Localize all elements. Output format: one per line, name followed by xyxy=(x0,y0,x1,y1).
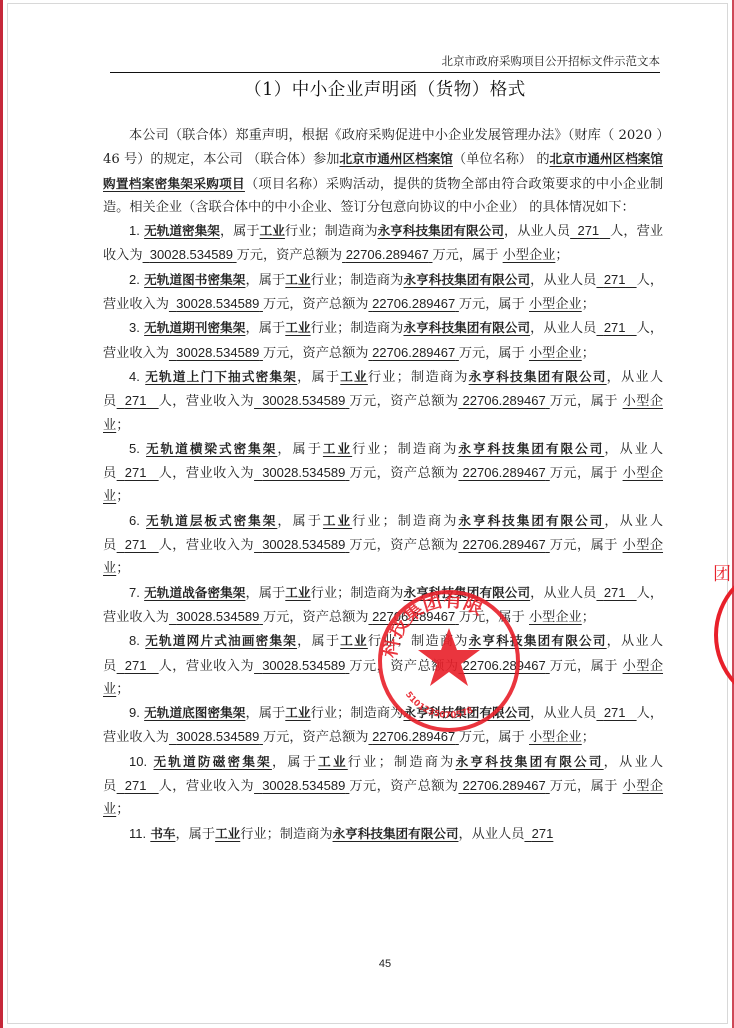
employees-value: 271 xyxy=(125,778,147,793)
label-text: 万元，属于 xyxy=(550,659,618,674)
label-text: 万元，属于 xyxy=(432,248,498,263)
declaration-body: 本公司（联合体）郑重声明，根据《政府采购促进中小企业发展管理办法》（财库（ 20… xyxy=(103,124,663,846)
revenue-value: 30028.534589 xyxy=(262,465,345,480)
goods-name: 无轨道战备密集架 xyxy=(144,585,245,600)
goods-name: 书车 xyxy=(150,826,175,841)
label-text: ，属于 xyxy=(272,755,318,770)
header-rule xyxy=(110,72,660,73)
total-assets: 22706.289467 xyxy=(368,345,458,360)
running-header: 北京市政府采购项目公开招标文件示范文本 xyxy=(110,53,660,69)
total-assets: 22706.289467 xyxy=(342,247,432,262)
revenue-value: 30028.534589 xyxy=(262,778,345,793)
label-text: ； xyxy=(116,561,129,576)
label-text: 万元，资产总额为 xyxy=(263,730,369,745)
manufacturer: 永亨科技集团有限公司 xyxy=(333,826,459,841)
label-text: 万元，资产总额为 xyxy=(349,659,458,674)
label-text: ，从业人员 xyxy=(530,586,596,601)
label-text: ，属于 xyxy=(220,224,260,239)
revenue-value: 30028.534589 xyxy=(262,393,345,408)
assets-value: 22706.289467 xyxy=(372,609,455,624)
goods-name: 无轨道上门下抽式密集架 xyxy=(145,369,297,384)
revenue: 30028.534589 xyxy=(254,537,349,552)
employees-value: 271 xyxy=(577,223,599,238)
revenue: 30028.534589 xyxy=(169,345,263,360)
list-item: 11. 书车，属于工业行业；制造商为永亨科技集团有限公司，从业人员 271 xyxy=(103,822,663,846)
manufacturer: 永亨科技集团有限公司 xyxy=(403,585,530,600)
industry: 工业 xyxy=(285,705,310,720)
label-text: 人，营业收入为 xyxy=(159,394,254,409)
industry: 工业 xyxy=(318,754,348,769)
revenue-value: 30028.534589 xyxy=(262,537,345,552)
assets-value: 22706.289467 xyxy=(463,393,546,408)
label-text: 万元，属于 xyxy=(550,779,618,794)
employees: 271 xyxy=(524,826,553,841)
label-text: 万元，属于 xyxy=(459,730,525,745)
manufacturer: 永亨科技集团有限公司 xyxy=(456,754,604,769)
label-text: 万元，资产总额为 xyxy=(349,394,458,409)
employees-value: 271 xyxy=(604,585,626,600)
revenue-value: 30028.534589 xyxy=(176,345,259,360)
label-text: 行业；制造商为 xyxy=(368,370,469,385)
revenue: 30028.534589 xyxy=(254,778,349,793)
revenue: 30028.534589 xyxy=(254,465,349,480)
revenue-value: 30028.534589 xyxy=(262,658,345,673)
label-text: 行业；制造商为 xyxy=(352,514,458,529)
label-text: 行业；制造商为 xyxy=(311,586,404,601)
item-index: 7. xyxy=(129,585,140,600)
label-text: ，从业人员 xyxy=(530,321,596,336)
label-text: 万元，资产总额为 xyxy=(263,297,369,312)
label-text: ，从业人员 xyxy=(530,273,596,288)
manufacturer: 永亨科技集团有限公司 xyxy=(458,513,604,528)
page-title: （1）中小企业声明函（货物）格式 xyxy=(110,76,660,101)
enterprise-size: 小型企业 xyxy=(529,346,582,361)
unit-name: 北京市通州区档案馆 xyxy=(339,151,452,166)
label-text: 人，营业收入为 xyxy=(159,779,254,794)
label-text: ； xyxy=(555,248,568,263)
total-assets: 22706.289467 xyxy=(368,296,458,311)
total-assets: 22706.289467 xyxy=(458,778,549,793)
list-item: 2. 无轨道图书密集架，属于工业行业；制造商为永亨科技集团有限公司，从业人员 2… xyxy=(103,268,663,317)
goods-name: 无轨道图书密集架 xyxy=(144,272,245,287)
assets-value: 22706.289467 xyxy=(372,345,455,360)
label-text: ，从业人员 xyxy=(530,706,596,721)
employees: 271 xyxy=(596,705,636,720)
assets-value: 22706.289467 xyxy=(372,296,455,311)
window-left-edge xyxy=(0,0,3,1028)
item-index: 10. xyxy=(129,754,147,769)
label-text: 万元，属于 xyxy=(550,466,618,481)
revenue: 30028.534589 xyxy=(169,609,263,624)
employees: 271 xyxy=(117,465,159,480)
total-assets: 22706.289467 xyxy=(368,729,458,744)
label-text: 行业；制造商为 xyxy=(348,755,456,770)
employees-value: 271 xyxy=(125,465,147,480)
label-text: 万元，属于 xyxy=(459,610,525,625)
industry: 工业 xyxy=(340,369,368,384)
industry: 工业 xyxy=(215,826,240,841)
enterprise-size: 小型企业 xyxy=(503,248,556,263)
label-text: ，属于 xyxy=(245,706,285,721)
manufacturer: 永亨科技集团有限公司 xyxy=(458,441,604,456)
revenue-value: 30028.534589 xyxy=(176,609,259,624)
employees: 271 xyxy=(117,393,159,408)
label-text: ； xyxy=(116,418,129,433)
item-index: 1. xyxy=(129,223,140,238)
intro-text: （单位名称） 的 xyxy=(453,152,550,167)
label-text: 万元，属于 xyxy=(550,538,618,553)
label-text: 万元，资产总额为 xyxy=(349,466,458,481)
total-assets: 22706.289467 xyxy=(368,609,458,624)
list-item: 3. 无轨道期刊密集架，属于工业行业；制造商为永亨科技集团有限公司，从业人员 2… xyxy=(103,316,663,365)
goods-name: 无轨道期刊密集架 xyxy=(144,320,245,335)
goods-name: 无轨道网片式油画密集架 xyxy=(145,633,297,648)
revenue: 30028.534589 xyxy=(254,658,349,673)
industry: 工业 xyxy=(285,320,310,335)
intro-paragraph: 本公司（联合体）郑重声明，根据《政府采购促进中小企业发展管理办法》（财库（ 20… xyxy=(103,124,663,219)
page-number: 45 xyxy=(370,958,400,970)
goods-name: 无轨道横梁式密集架 xyxy=(146,441,277,456)
label-text: ，属于 xyxy=(245,586,285,601)
item-index: 8. xyxy=(129,633,140,648)
label-text: 行业；制造商为 xyxy=(240,827,332,842)
employees-value: 271 xyxy=(125,658,147,673)
item-index: 2. xyxy=(129,272,140,287)
goods-name: 无轨道底图密集架 xyxy=(144,705,245,720)
total-assets: 22706.289467 xyxy=(458,537,549,552)
list-item: 4. 无轨道上门下抽式密集架，属于工业行业；制造商为永亨科技集团有限公司，从业人… xyxy=(103,365,663,437)
industry: 工业 xyxy=(285,585,310,600)
item-index: 4. xyxy=(129,369,140,384)
manufacturer: 永亨科技集团有限公司 xyxy=(378,223,504,238)
employees-value: 271 xyxy=(125,393,147,408)
item-index: 6. xyxy=(129,513,140,528)
label-text: ，属于 xyxy=(277,442,323,457)
manufacturer: 永亨科技集团有限公司 xyxy=(403,705,530,720)
label-text: ，属于 xyxy=(176,827,216,842)
label-text: ； xyxy=(116,489,129,504)
employees-value: 271 xyxy=(125,537,147,552)
revenue: 30028.534589 xyxy=(169,296,263,311)
assets-value: 22706.289467 xyxy=(463,658,546,673)
enterprise-list: 1. 无轨道密集架，属于工业行业；制造商为永亨科技集团有限公司，从业人员 271… xyxy=(103,219,663,821)
label-text: 人，营业收入为 xyxy=(159,538,254,553)
label-text: ； xyxy=(582,346,595,361)
enterprise-size: 小型企业 xyxy=(529,297,582,312)
label-text: ； xyxy=(582,610,595,625)
total-assets: 22706.289467 xyxy=(458,465,549,480)
label-text: 行业；制造商为 xyxy=(285,224,378,239)
goods-name: 无轨道层板式密集架 xyxy=(146,513,277,528)
industry: 工业 xyxy=(260,223,285,238)
revenue-value: 30028.534589 xyxy=(176,296,259,311)
total-assets: 22706.289467 xyxy=(458,658,549,673)
assets-value: 22706.289467 xyxy=(346,247,429,262)
manufacturer: 永亨科技集团有限公司 xyxy=(403,320,530,335)
label-text: 万元，属于 xyxy=(550,394,618,409)
manufacturer: 永亨科技集团有限公司 xyxy=(469,369,607,384)
enterprise-size: 小型企业 xyxy=(529,610,582,625)
industry: 工业 xyxy=(285,272,310,287)
item-index: 5. xyxy=(129,441,140,456)
revenue-value: 30028.534589 xyxy=(150,247,233,262)
item-index: 9. xyxy=(129,705,140,720)
industry: 工业 xyxy=(340,633,368,648)
employees: 271 xyxy=(596,320,636,335)
employees: 271 xyxy=(596,272,636,287)
assets-value: 22706.289467 xyxy=(463,778,546,793)
label-text: 人，营业收入为 xyxy=(159,466,254,481)
label-text: 行业；制造商为 xyxy=(311,706,404,721)
assets-value: 22706.289467 xyxy=(463,465,546,480)
employees-value: 271 xyxy=(532,826,554,841)
list-item: 8. 无轨道网片式油画密集架，属于工业行业；制造商为永亨科技集团有限公司，从业人… xyxy=(103,629,663,701)
total-assets: 22706.289467 xyxy=(458,393,549,408)
manufacturer: 永亨科技集团有限公司 xyxy=(469,633,607,648)
revenue: 30028.534589 xyxy=(143,247,237,262)
label-text: 万元，资产总额为 xyxy=(349,779,458,794)
label-text: ，属于 xyxy=(297,370,340,385)
label-text: ； xyxy=(582,730,595,745)
label-text: 万元，属于 xyxy=(459,297,525,312)
label-text: ，从业人员 xyxy=(459,827,525,842)
item-index: 3. xyxy=(129,320,140,335)
label-text: 行业；制造商为 xyxy=(311,273,404,288)
label-text: 行业；制造商为 xyxy=(352,442,458,457)
goods-name: 无轨道防磁密集架 xyxy=(153,754,271,769)
employees: 271 xyxy=(117,537,159,552)
label-text: 人，营业收入为 xyxy=(159,659,254,674)
list-item: 9. 无轨道底图密集架，属于工业行业；制造商为永亨科技集团有限公司，从业人员 2… xyxy=(103,701,663,750)
employees: 271 xyxy=(117,658,159,673)
revenue: 30028.534589 xyxy=(169,729,263,744)
list-item: 6. 无轨道层板式密集架，属于工业行业；制造商为永亨科技集团有限公司，从业人员 … xyxy=(103,509,663,581)
employees-value: 271 xyxy=(604,705,626,720)
list-item: 1. 无轨道密集架，属于工业行业；制造商为永亨科技集团有限公司，从业人员 271… xyxy=(103,219,663,268)
label-text: 行业；制造商为 xyxy=(368,634,469,649)
label-text: 万元，资产总额为 xyxy=(237,248,343,263)
label-text: 万元，属于 xyxy=(459,346,525,361)
revenue: 30028.534589 xyxy=(254,393,349,408)
label-text: ，属于 xyxy=(277,514,323,529)
industry: 工业 xyxy=(323,441,352,456)
label-text: 行业；制造商为 xyxy=(311,321,404,336)
assets-value: 22706.289467 xyxy=(463,537,546,552)
label-text: ，从业人员 xyxy=(504,224,570,239)
employees-value: 271 xyxy=(604,272,626,287)
enterprise-size: 小型企业 xyxy=(529,730,582,745)
employees: 271 xyxy=(570,223,610,238)
list-item: 7. 无轨道战备密集架，属于工业行业；制造商为永亨科技集团有限公司，从业人员 2… xyxy=(103,581,663,630)
goods-name: 无轨道密集架 xyxy=(144,223,220,238)
label-text: 万元，资产总额为 xyxy=(263,346,369,361)
label-text: ，属于 xyxy=(245,273,285,288)
revenue-value: 30028.534589 xyxy=(176,729,259,744)
label-text: 万元，资产总额为 xyxy=(349,538,458,553)
list-item: 10. 无轨道防磁密集架，属于工业行业；制造商为永亨科技集团有限公司，从业人员 … xyxy=(103,750,663,822)
manufacturer: 永亨科技集团有限公司 xyxy=(403,272,530,287)
industry: 工业 xyxy=(323,513,352,528)
assets-value: 22706.289467 xyxy=(372,729,455,744)
item-index: 11. xyxy=(129,826,146,841)
label-text: ； xyxy=(116,682,129,697)
employees: 271 xyxy=(596,585,636,600)
label-text: 万元，资产总额为 xyxy=(263,610,369,625)
list-item: 5. 无轨道横梁式密集架，属于工业行业；制造商为永亨科技集团有限公司，从业人员 … xyxy=(103,437,663,509)
label-text: ； xyxy=(116,802,129,817)
employees-value: 271 xyxy=(604,320,626,335)
label-text: ； xyxy=(582,297,595,312)
employees: 271 xyxy=(117,778,159,793)
label-text: ，属于 xyxy=(245,321,285,336)
label-text: ，属于 xyxy=(297,634,340,649)
